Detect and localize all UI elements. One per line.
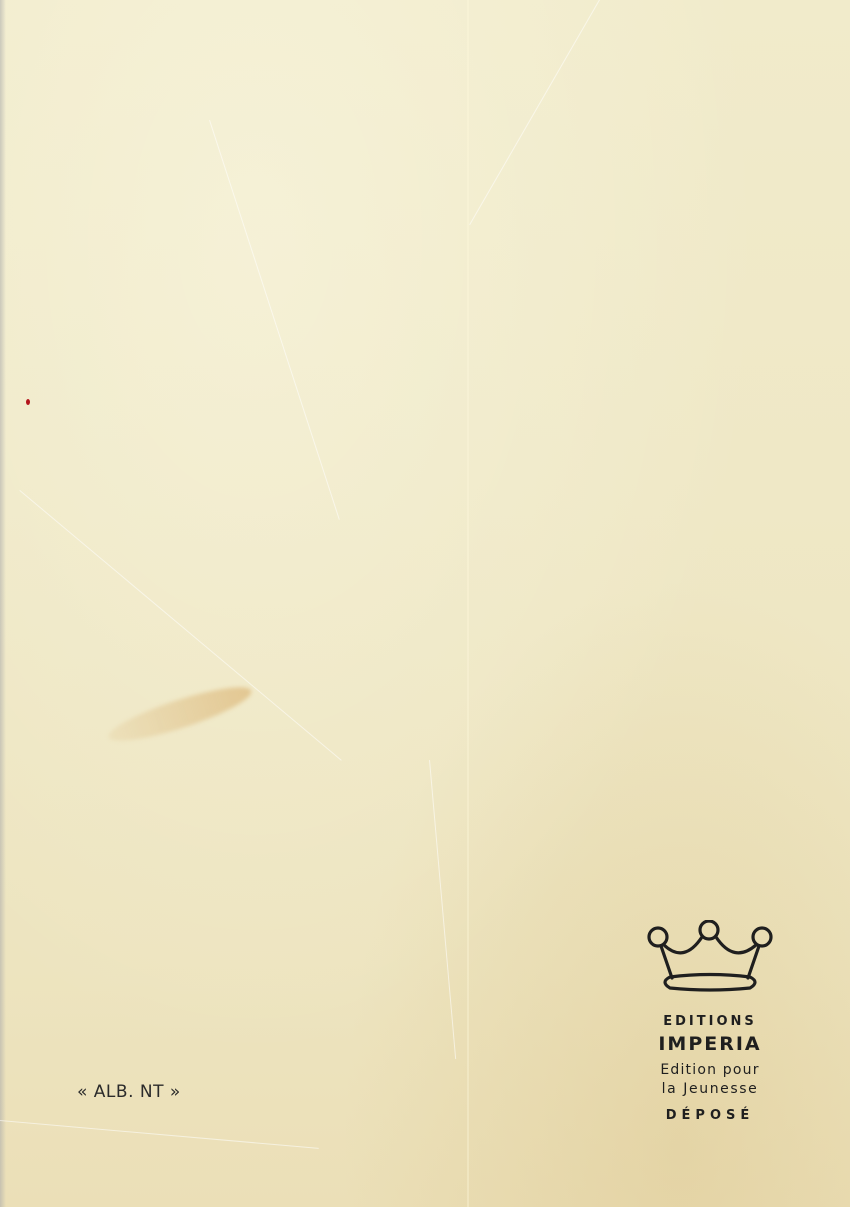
publisher-subtitle-2: la Jeunesse bbox=[635, 1081, 785, 1097]
paper-crease bbox=[0, 1120, 319, 1149]
crown-icon bbox=[642, 920, 778, 998]
catalog-code: « ALB. NT » bbox=[77, 1082, 181, 1102]
publisher-name: IMPERIA bbox=[635, 1033, 785, 1055]
paper-crease bbox=[429, 760, 456, 1059]
paper-crease bbox=[209, 120, 340, 520]
paper-crease bbox=[469, 0, 600, 225]
publisher-imprint: EDITIONS IMPERIA Edition pour la Jeuness… bbox=[635, 920, 785, 1123]
publisher-subtitle-1: Edition pour bbox=[635, 1062, 785, 1078]
registered-mark: DÉPOSÉ bbox=[635, 1108, 785, 1123]
paper-stain bbox=[104, 678, 255, 751]
red-ink-mark bbox=[26, 399, 30, 405]
worn-left-edge bbox=[0, 0, 6, 1207]
publisher-line-editions: EDITIONS bbox=[635, 1014, 785, 1029]
book-back-cover: « ALB. NT » EDITIONS IMPERIA Edition pou… bbox=[0, 0, 850, 1207]
fold-line bbox=[467, 0, 469, 1207]
